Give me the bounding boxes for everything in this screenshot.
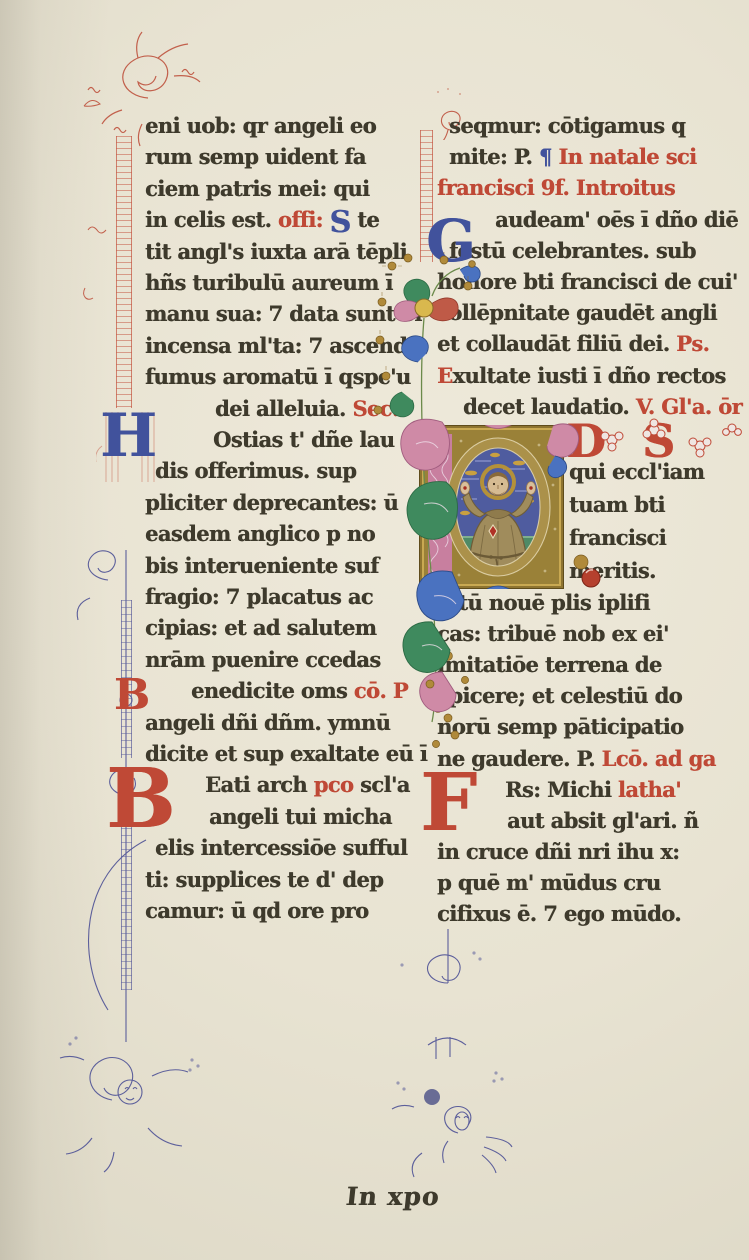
manuscript-text-line: fetū nouē plis iplifi	[437, 589, 650, 617]
lombard-initial-gaudeamus: G	[426, 212, 476, 270]
manuscript-text-line: cas: tribuē nob ex ei'	[437, 620, 669, 648]
manuscript-text-line: Exultate iusti ī dño rectos	[437, 362, 726, 390]
lombard-initial-hostias: H	[100, 406, 157, 466]
text-segment-red: Ps.	[676, 331, 709, 356]
manuscript-text-line: et collaudāt filiū dei. Ps.	[437, 330, 709, 358]
text-segment-red: In natale sci	[552, 144, 697, 169]
text-segment-ink: seqmur: cōtigamus q	[449, 113, 685, 138]
text-segment-ink: francisci	[569, 525, 666, 550]
manuscript-text-line: sollēpnitate gaudēt angli	[437, 299, 717, 327]
text-segment-red: francisci 9f. Introitus	[437, 175, 675, 200]
text-segment-ink: fetū nouē plis iplifi	[437, 590, 650, 615]
text-segment-ink: festū celebrantes. sub	[449, 238, 696, 263]
manuscript-text-line: aut absit gl'ari. ñ	[507, 807, 698, 835]
manuscript-text-line: mite: P. ¶ In natale sci	[449, 143, 696, 171]
manuscript-text-line: spicere; et celestiū do	[437, 682, 682, 710]
text-segment-ink: spicere; et celestiū do	[437, 683, 682, 708]
manuscript-text-line: ne gaudere. P. Lcō. ad ga	[437, 745, 716, 773]
text-segment-ink: mite: P.	[449, 144, 539, 169]
text-segment-ink: et collaudāt filiū dei.	[437, 331, 676, 356]
manuscript-text-line: Rs: Michi latha'	[505, 776, 681, 804]
catchword: In xpo	[344, 1182, 441, 1211]
manuscript-text-line: imitatiōe terrena de	[437, 651, 662, 679]
manuscript-text-line: francisci	[569, 524, 666, 552]
manuscript-text-line: audeam' oēs ī dño diē	[495, 206, 738, 234]
manuscript-page: eni uob: qr angeli eorum semp uident fac…	[0, 0, 749, 1260]
manuscript-text-line: p quē m' mūdus cru	[437, 869, 660, 897]
manuscript-text-line: meritis.	[569, 557, 656, 585]
text-segment-ink: honore bti francisci de cui'	[437, 269, 738, 294]
text-segment-ink: xultate iusti ī dño rectos	[452, 363, 725, 388]
manuscript-text-line: honore bti francisci de cui'	[437, 268, 738, 296]
text-segment-red: Lcō. ad ga	[602, 746, 716, 771]
manuscript-text-line: norū semp pāticipatio	[437, 713, 683, 741]
text-segment-ink: audeam' oēs ī dño diē	[495, 207, 738, 232]
lombard-initial-beati: B	[106, 758, 175, 840]
text-segment-blue: ¶	[539, 144, 552, 169]
text-segment-ink: imitatiōe terrena de	[437, 652, 662, 677]
text-segment-ink: cas: tribuē nob ex ei'	[437, 621, 669, 646]
text-segment-ink: Rs: Michi	[505, 777, 618, 802]
lombard-initial-benedicite: B	[114, 674, 150, 716]
text-segment-red: latha'	[618, 777, 681, 802]
manuscript-text-line: tuam bti	[569, 491, 665, 519]
manuscript-text-line: cifixus ē. 7 ego mūdo.	[437, 900, 681, 928]
text-segment-ink: tuam bti	[569, 492, 665, 517]
manuscript-text-line: francisci 9f. Introitus	[437, 174, 675, 202]
text-segment-ink: aut absit gl'ari. ñ	[507, 808, 698, 833]
text-segment-red: E	[437, 363, 452, 388]
manuscript-text-line: seqmur: cōtigamus q	[449, 112, 685, 140]
manuscript-text-line: festū celebrantes. sub	[449, 237, 696, 265]
text-segment-ink: meritis.	[569, 558, 656, 583]
text-segment-ink: sollēpnitate gaudēt angli	[437, 300, 717, 325]
cadel-initial-deus: DS	[566, 418, 711, 464]
lombard-initial-fratres: F	[420, 762, 477, 842]
text-segment-ink: cifixus ē. 7 ego mūdo.	[437, 901, 681, 926]
text-segment-ink: norū semp pāticipatio	[437, 714, 683, 739]
text-segment-ink: p quē m' mūdus cru	[437, 870, 660, 895]
right-text-column: seqmur: cōtigamus qmite: P. ¶ In natale …	[0, 0, 749, 1260]
